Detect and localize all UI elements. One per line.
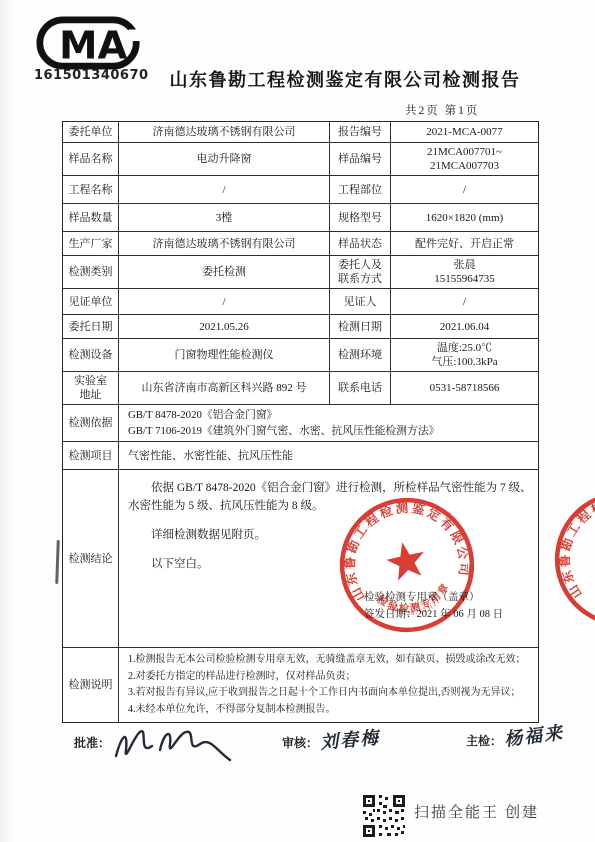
table-label-cell: 工程名称 [63, 176, 119, 204]
table-label-cell: 检测依据 [63, 405, 119, 442]
svg-text:山东鲁勘工程检测鉴定有限公司: 山东鲁勘工程检测鉴定有限公司 [542, 479, 595, 603]
table-label-cell: 生产厂家 [63, 232, 119, 256]
table-value-cell: 3樘 [119, 204, 330, 232]
table-label-cell: 委托单位 [63, 122, 119, 143]
table-label-cell: 实验室 地址 [63, 372, 119, 405]
table-label-cell: 样品编号 [330, 143, 391, 176]
report-page: MA 161501340670 山东鲁勘工程检测鉴定有限公司检测报告 共2页 第… [0, 0, 595, 842]
table-label-cell: 见证人 [330, 289, 391, 315]
table-value-cell: 温度:25.0℃ 气压:100.3kPa [391, 339, 538, 372]
approve-label: 批准： [74, 734, 110, 751]
table-label-cell: 报告编号 [330, 122, 391, 143]
qr-code [361, 793, 407, 839]
table-label-cell: 检测环境 [330, 339, 391, 372]
table-label-cell: 样品名称 [63, 143, 119, 176]
basis-line: GB/T 8478-2020《铝合金门窗》 [128, 407, 277, 423]
table-value-cell: 济南德达玻璃不锈钢有限公司 [119, 232, 330, 256]
table-value-cell: 0531-58718566 [391, 372, 538, 405]
report-info-table: 委托单位 济南德达玻璃不锈钢有限公司 报告编号 2021-MCA-0077 样品… [62, 121, 539, 723]
table-label-cell: 见证单位 [63, 289, 119, 315]
report-title: 山东鲁勘工程检测鉴定有限公司检测报告 [130, 66, 560, 92]
table-value-cell: 电动升降窗 [119, 143, 330, 176]
signature-row: 批准： 审核： 刘春梅 主检： 杨福来 [0, 722, 595, 772]
table-value-cell: 张晨 15155964735 [391, 256, 538, 289]
table-value-cell: 山东省济南市高新区科兴路 892 号 [119, 372, 330, 405]
table-label-cell: 样品数量 [63, 204, 119, 232]
test-items-cell: 气密性能、水密性能、抗风压性能 [119, 442, 538, 470]
table-label-cell: 检测结论 [63, 470, 119, 648]
note-line: 3.若对报告有异议,应于收到报告之日起十个工作日内书面向本单位提出,否则视为无异… [128, 685, 521, 702]
table-value-cell: 2021.06.04 [391, 315, 538, 339]
note-line: 1.检测报告无本公司检验检测专用章无效，无骑缝盖章无效，如有缺页、损毁或涂改无效… [128, 652, 526, 669]
cma-logo: MA [36, 16, 142, 70]
basis-line: GB/T 7106-2019《建筑外门窗气密、水密、抗风压性能检测方法》 [128, 423, 439, 439]
table-value-cell: 门窗物理性能检测仪 [119, 339, 330, 372]
table-label-cell: 联系电话 [330, 372, 391, 405]
seal-inner-text: 检验检测专用章 [590, 569, 595, 618]
stamp-note-line: 检验检测专用章（盖章） [364, 589, 503, 606]
approver-signature [108, 716, 238, 772]
table-label-cell: 规格型号 [330, 204, 391, 232]
scanner-watermark: 扫描全能王 创建 [414, 801, 539, 822]
conclusion-paragraph: 依据 GB/T 8478-2020《铝合金门窗》进行检测，所检样品气密性能为 7… [128, 479, 534, 515]
issue-date: 签发日期：2021 年 06 月 08 日 [364, 606, 503, 623]
table-label-cell: 委托人及 联系方式 [330, 256, 391, 289]
table-label-cell: 检测日期 [330, 315, 391, 339]
table-value-cell: 2021.05.26 [119, 315, 330, 339]
table-label-cell: 工程部位 [330, 176, 391, 204]
table-label-cell: 委托日期 [63, 315, 119, 339]
table-label-cell: 检测设备 [63, 339, 119, 372]
table-label-cell: 检测项目 [63, 442, 119, 470]
table-value-cell: 配件完好、开启正常 [391, 232, 538, 256]
table-value-cell: / [391, 176, 538, 204]
table-value-cell: 2021-MCA-0077 [391, 122, 538, 143]
note-line: 2.对委托方指定的样品进行检测时，仅对样品负责； [128, 669, 356, 686]
svg-text:MA: MA [59, 23, 127, 68]
table-label-cell: 检测类别 [63, 256, 119, 289]
page-count-info: 共2页 第1页 [405, 102, 545, 118]
chief-label: 主检： [466, 732, 502, 749]
svg-text:检验检测专用章: 检验检测专用章 [590, 569, 595, 618]
table-label-cell: 样品状态 [330, 232, 391, 256]
stamp-note-block: 检验检测专用章（盖章） 签发日期：2021 年 06 月 08 日 [364, 589, 503, 623]
table-value-cell: / [119, 289, 330, 315]
scan-artifact-mark [55, 540, 60, 584]
conclusion-paragraph: 以下空白。 [128, 555, 209, 573]
table-label-cell: 检测说明 [63, 648, 119, 722]
table-value-cell: 1620×1820 (mm) [391, 204, 538, 232]
table-value-cell: 委托检测 [119, 256, 330, 289]
seal-org-text: 山东鲁勘工程检测鉴定有限公司 [542, 479, 595, 603]
conclusion-paragraph: 详细检测数据见附页。 [128, 526, 266, 544]
chief-signature: 杨福来 [503, 718, 566, 751]
table-value-cell: / [391, 289, 538, 315]
test-basis-cell: GB/T 8478-2020《铝合金门窗》 GB/T 7106-2019《建筑外… [119, 405, 538, 442]
table-value-cell: 济南德达玻璃不锈钢有限公司 [119, 122, 330, 143]
reviewer-signature: 刘春梅 [319, 723, 381, 754]
review-label: 审核： [282, 734, 318, 751]
table-value-cell: / [119, 176, 330, 204]
notes-cell: 1.检测报告无本公司检验检测专用章无效，无骑缝盖章无效，如有缺页、损毁或涂改无效… [119, 648, 538, 722]
table-value-cell: 21MCA007701~ 21MCA007703 [391, 143, 538, 176]
